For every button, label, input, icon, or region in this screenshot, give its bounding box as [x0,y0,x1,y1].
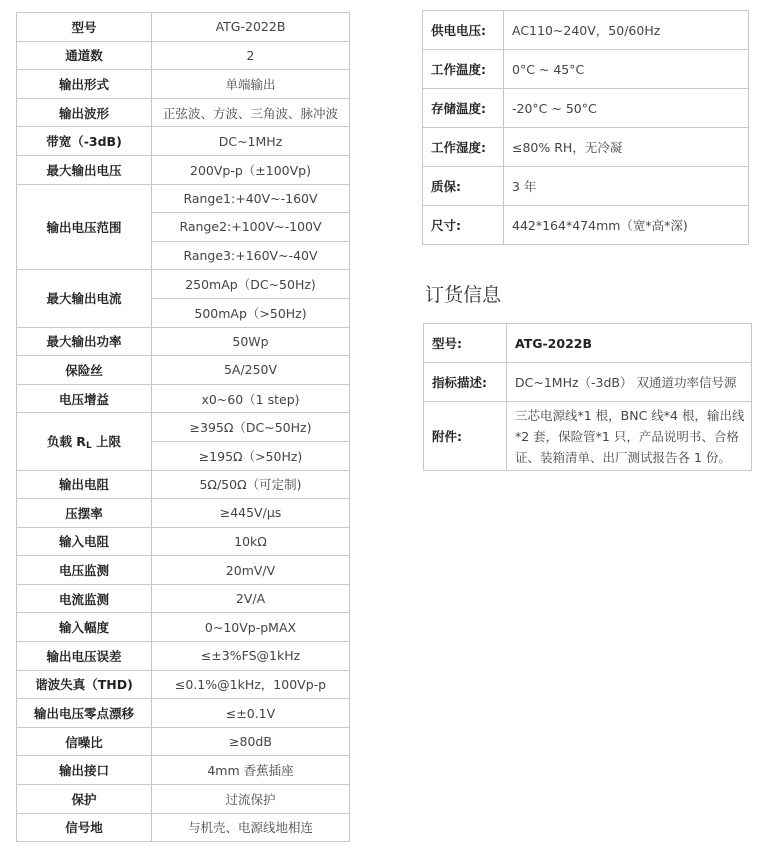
spec-label: 最大输出电流 [17,270,152,327]
table-row: 存储温度: -20°C ~ 50°C [423,89,749,128]
table-row: 最大输出功率 50Wp [17,327,350,356]
spec-value: 500mAp（>50Hz) [152,298,350,327]
spec-value: 0°C ~ 45°C [504,50,749,89]
spec-label-load: 负载 RL 上限 [17,413,152,470]
spec-value: Range3:+160V~-40V [152,241,350,270]
label-suffix: 上限 [92,434,121,449]
spec-value: 正弦波、方波、三角波、脉冲波 [152,98,350,127]
spec-value: ≤±3%FS@1kHz [152,642,350,671]
table-row: 电压增益 x0~60（1 step) [17,384,350,413]
spec-value: 442*164*474mm（宽*高*深) [504,206,749,245]
table-row: 供电电压: AC110~240V，50/60Hz [423,11,749,50]
spec-value: x0~60（1 step) [152,384,350,413]
spec-label: 保护 [17,785,152,814]
spec-value: DC~1MHz [152,127,350,156]
spec-value: ≤±0.1V [152,699,350,728]
spec-label: 质保: [423,167,504,206]
spec-label: 输出形式 [17,70,152,99]
spec-label: 输出电压零点漂移 [17,699,152,728]
spec-label: 电流监测 [17,584,152,613]
spec-value: Range2:+100V~-100V [152,213,350,242]
spec-label: 输出波形 [17,98,152,127]
table-row: 最大输出电流 250mAp（DC~50Hz) [17,270,350,299]
spec-label: 工作湿度: [423,128,504,167]
spec-value: ≤80% RH，无冷凝 [504,128,749,167]
spec-value: 5Ω/50Ω（可定制) [152,470,350,499]
spec-value: 2 [152,41,350,70]
spec-value: 0~10Vp-pMAX [152,613,350,642]
table-row: 负载 RL 上限 ≥395Ω（DC~50Hz) [17,413,350,442]
table-row: 输入幅度 0~10Vp-pMAX [17,613,350,642]
spec-value: 2V/A [152,584,350,613]
spec-label: 信号地 [17,813,152,842]
spec-label: 最大输出电压 [17,155,152,184]
spec-label: 型号 [17,13,152,42]
spec-label: 谐波失真（THD) [17,670,152,699]
table-row: 工作温度: 0°C ~ 45°C [423,50,749,89]
table-row: 输出电压误差 ≤±3%FS@1kHz [17,642,350,671]
spec-value: 50Wp [152,327,350,356]
table-row: 尺寸: 442*164*474mm（宽*高*深) [423,206,749,245]
table-row: 谐波失真（THD) ≤0.1%@1kHz，100Vp-p [17,670,350,699]
spec-label: 最大输出功率 [17,327,152,356]
spec-table-main: 型号 ATG-2022B 通道数 2 输出形式 单端输出 输出波形 正弦波、方波… [16,12,350,842]
label-prefix: 负载 R [47,434,86,449]
spec-value: 过流保护 [152,785,350,814]
table-row: 输出电压范围 Range1:+40V~-160V [17,184,350,213]
table-row: 压摆率 ≥445V/μs [17,499,350,528]
table-row: 型号 ATG-2022B [17,13,350,42]
spec-value: 200Vp-p（±100Vp) [152,155,350,184]
table-row: 输出电阻 5Ω/50Ω（可定制) [17,470,350,499]
spec-value: -20°C ~ 50°C [504,89,749,128]
spec-label: 压摆率 [17,499,152,528]
spec-value: 250mAp（DC~50Hz) [152,270,350,299]
spec-value: ≥445V/μs [152,499,350,528]
table-row: 附件: 三芯电源线*1 根，BNC 线*4 根，输出线*2 套，保险管*1 只，… [424,402,752,471]
spec-label: 电压增益 [17,384,152,413]
spec-label: 通道数 [17,41,152,70]
table-row: 信号地 与机壳、电源线地相连 [17,813,350,842]
spec-value: 单端输出 [152,70,350,99]
table-row: 保护 过流保护 [17,785,350,814]
spec-label: 输入电阻 [17,527,152,556]
spec-value: ≥195Ω（>50Hz) [152,441,350,470]
spec-label: 输出电压误差 [17,642,152,671]
order-info-table: 型号: ATG-2022B 指标描述: DC~1MHz（-3dB） 双通道功率信… [423,323,752,471]
table-row: 型号: ATG-2022B [424,324,752,363]
order-info-heading: 订货信息 [425,280,501,307]
spec-label: 输出电阻 [17,470,152,499]
spec-value: ≥395Ω（DC~50Hz) [152,413,350,442]
table-row: 输出形式 单端输出 [17,70,350,99]
spec-label: 电压监测 [17,556,152,585]
spec-label: 输出接口 [17,756,152,785]
spec-label: 输出电压范围 [17,184,152,270]
spec-value: 3 年 [504,167,749,206]
table-row: 电流监测 2V/A [17,584,350,613]
spec-value: 10kΩ [152,527,350,556]
spec-value: ≥80dB [152,727,350,756]
spec-value: 4mm 香蕉插座 [152,756,350,785]
table-row: 输出波形 正弦波、方波、三角波、脉冲波 [17,98,350,127]
spec-label: 保险丝 [17,356,152,385]
table-row: 最大输出电压 200Vp-p（±100Vp) [17,155,350,184]
order-label: 型号: [424,324,507,363]
spec-label: 工作温度: [423,50,504,89]
order-value-accessories: 三芯电源线*1 根，BNC 线*4 根，输出线*2 套，保险管*1 只，产品说明… [507,402,752,471]
spec-label: 信噪比 [17,727,152,756]
spec-label: 尺寸: [423,206,504,245]
spec-label: 存储温度: [423,89,504,128]
spec-value: 与机壳、电源线地相连 [152,813,350,842]
spec-value: ≤0.1%@1kHz，100Vp-p [152,670,350,699]
table-row: 信噪比 ≥80dB [17,727,350,756]
table-row: 质保: 3 年 [423,167,749,206]
table-row: 保险丝 5A/250V [17,356,350,385]
spec-value: AC110~240V，50/60Hz [504,11,749,50]
order-value-model: ATG-2022B [507,324,752,363]
spec-value: Range1:+40V~-160V [152,184,350,213]
order-value-description: DC~1MHz（-3dB） 双通道功率信号源 [507,363,752,402]
order-label: 附件: [424,402,507,471]
spec-label: 带宽（-3dB) [17,127,152,156]
spec-table-environment: 供电电压: AC110~240V，50/60Hz 工作温度: 0°C ~ 45°… [422,10,749,245]
table-row: 输出电压零点漂移 ≤±0.1V [17,699,350,728]
table-row: 通道数 2 [17,41,350,70]
table-row: 电压监测 20mV/V [17,556,350,585]
spec-value: ATG-2022B [152,13,350,42]
spec-label: 输入幅度 [17,613,152,642]
table-row: 带宽（-3dB) DC~1MHz [17,127,350,156]
table-row: 输出接口 4mm 香蕉插座 [17,756,350,785]
spec-label: 供电电压: [423,11,504,50]
table-row: 输入电阻 10kΩ [17,527,350,556]
table-row: 指标描述: DC~1MHz（-3dB） 双通道功率信号源 [424,363,752,402]
spec-value: 20mV/V [152,556,350,585]
table-row: 工作湿度: ≤80% RH，无冷凝 [423,128,749,167]
spec-value: 5A/250V [152,356,350,385]
order-label: 指标描述: [424,363,507,402]
